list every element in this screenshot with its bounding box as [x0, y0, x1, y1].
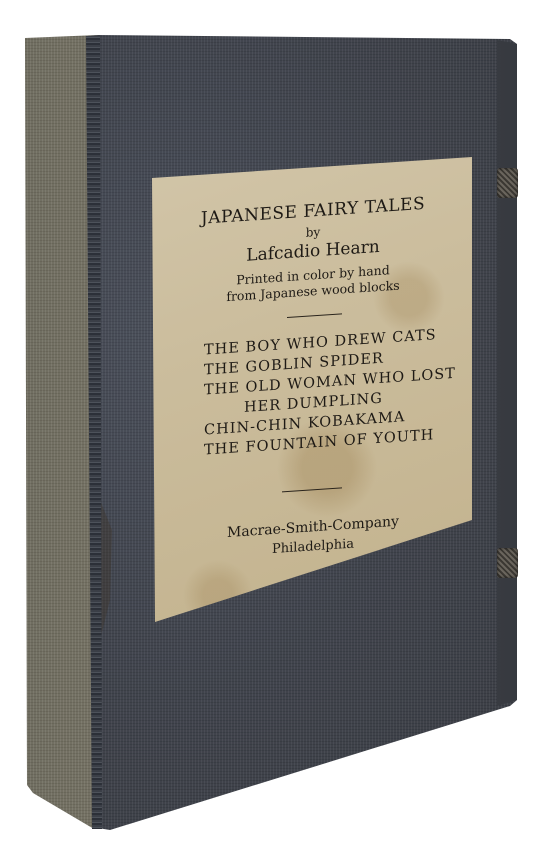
- label-divider: [287, 313, 342, 318]
- label-text: JAPANESE FAIRY TALES by Lafcadio Hearn P…: [152, 139, 474, 620]
- bone-clasp-bottom: [497, 548, 518, 578]
- book-box-photo: JAPANESE FAIRY TALES by Lafcadio Hearn P…: [0, 0, 545, 850]
- bone-clasp-top: [497, 168, 518, 198]
- label-divider: [282, 487, 342, 492]
